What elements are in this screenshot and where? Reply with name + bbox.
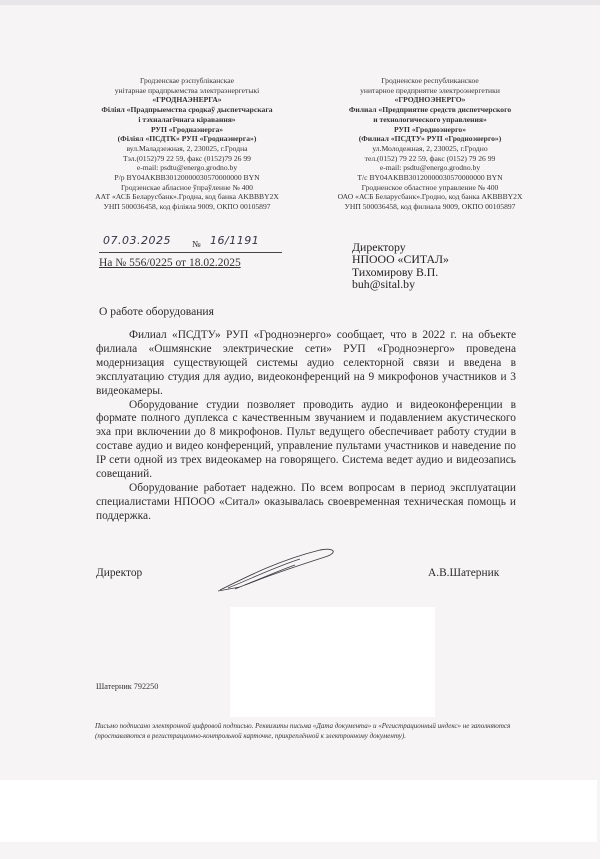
- addressee-line: НПООО «СИТАЛ»: [352, 253, 449, 265]
- letterhead-line: и технологического управления»: [300, 115, 560, 125]
- scan-right-margin: [600, 0, 609, 859]
- letterhead-line: (Філіял «ПСДТК» РУП «Гроднаэнерга»): [62, 134, 312, 144]
- letterhead-russian: Гродненское республиканское унитарное пр…: [300, 76, 560, 212]
- letterhead-line: ул.Молодежная, 2, 230025, г.Гродно: [300, 144, 560, 154]
- addressee-block: Директору НПООО «СИТАЛ» Тихомирову В.П. …: [352, 241, 449, 291]
- letterhead-line: тел.(0152) 79 22 59, факс (0152) 79 26 9…: [300, 154, 560, 164]
- reply-reference: На № 556/0225 от 18.02.2025: [99, 257, 241, 269]
- letterhead-line: УНП 500036458, код филиала 9009, ОКПО 00…: [300, 202, 560, 212]
- letterhead-line: Р/р BY04AKBB30120000030570000000 BYN: [62, 173, 312, 183]
- letterhead-line: e-mail: psdtu@energo.grodno.by: [300, 163, 560, 173]
- letterhead-line: Филиал «Предприятие средств диспетчерско…: [300, 105, 560, 115]
- letterhead-line: і тэхналагічнага кіравання»: [62, 115, 312, 125]
- letterhead-line: УНП 500036458, код філіяла 9009, ОКПО 00…: [62, 202, 312, 212]
- number-sign: №: [192, 239, 201, 249]
- letterhead-line: Тэл.(0152)79 22 59, факс (0152)79 26 99: [62, 154, 312, 164]
- letterhead-line: унитарное предприятие электроэнергетики: [300, 86, 560, 96]
- letter-page: Гродзенскае рэспубліканскае унітарнае пр…: [0, 0, 600, 859]
- letter-body: Филиал «ПСДТУ» РУП «Гродноэнерго» сообща…: [96, 329, 516, 524]
- letterhead-line: РУП «Гродноэнерго»: [300, 125, 560, 135]
- letterhead-line: РУП «Гроднаэнерга»: [62, 125, 312, 135]
- handwritten-number: 16/1191: [210, 234, 259, 247]
- letterhead-line: «ГРОДНАЭНЕРГА»: [62, 95, 312, 105]
- addressee-email: buh@sital.by: [352, 278, 449, 290]
- body-paragraph: Оборудование студии позволяет проводить …: [96, 399, 516, 482]
- letterhead-belarusian: Гродзенскае рэспубліканскае унітарнае пр…: [62, 76, 312, 212]
- handwritten-date: 07.03.2025: [103, 234, 171, 247]
- letterhead-line: унітарнае прадпрыемства электраэнергетык…: [62, 86, 312, 96]
- letterhead-line: Т/с BY04AKBB30120000030570000000 BYN: [300, 173, 560, 183]
- letterhead-line: e-mail: psdtu@energo.grodno.by: [62, 163, 312, 173]
- redacted-area: [230, 607, 435, 717]
- letter-subject: О работе оборудования: [99, 305, 214, 318]
- signatory-title: Директор: [96, 567, 142, 579]
- digital-signature-note: Письмо подписано электронной цифровой по…: [95, 722, 555, 742]
- body-paragraph: Филиал «ПСДТУ» РУП «Гродноэнерго» сообща…: [96, 329, 516, 399]
- letterhead-line: ААТ «АСБ Беларусбанк».Гродна, код банка …: [62, 192, 312, 202]
- redacted-area: [0, 780, 597, 842]
- signatory-name: А.В.Шатерник: [428, 567, 499, 579]
- letterhead-line: Гродненское республиканское: [300, 76, 560, 86]
- letterhead-line: Гродзенскае абласное ўпраўленне № 400: [62, 183, 312, 193]
- handwritten-signature-icon: [200, 545, 340, 595]
- scan-top-edge: [0, 0, 600, 5]
- letterhead-line: вул.Маладзежная, 2, 230025, г.Гродна: [62, 144, 312, 154]
- letterhead-line: Філіял «Прадпрыемства сродкаў дыспетчарс…: [62, 105, 312, 115]
- letterhead-line: (Филиал «ПСДТУ» РУП «Гродноэнерго»): [300, 134, 560, 144]
- letterhead-line: Гродзенскае рэспубліканскае: [62, 76, 312, 86]
- letterhead-line: ОАО «АСБ Беларусбанк».Гродно, код банка …: [300, 192, 560, 202]
- body-paragraph: Оборудование работает надежно. По всем в…: [96, 482, 516, 524]
- letterhead-line: «ГРОДНОЭНЕРГО»: [300, 95, 560, 105]
- executor-contact: Шатерник 792250: [96, 682, 158, 691]
- letterhead-line: Гродненское областное управление № 400: [300, 183, 560, 193]
